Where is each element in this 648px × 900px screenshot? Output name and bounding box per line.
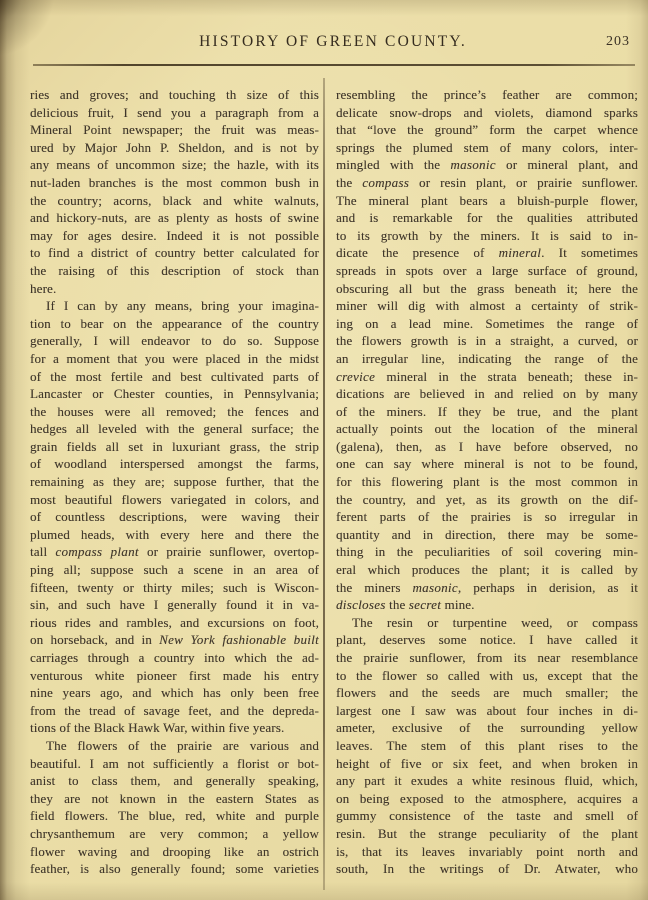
text-line: springs the plumed stem of many colors, …: [336, 139, 638, 157]
text-line: of the miners. If they be true, and the …: [336, 403, 638, 421]
text-line: crevice mineral in the strata beneath; t…: [336, 368, 638, 386]
text-line: miner will dig with almost a certainty o…: [336, 297, 638, 315]
text-line: tall compass plant or prairie sunflower,…: [30, 543, 319, 561]
page-header: HISTORY OF GREEN COUNTY. 203: [32, 33, 634, 55]
text-line: nut-laden branches is the most common bu…: [30, 174, 319, 192]
text-line: feather, is also generally found; some v…: [30, 860, 319, 878]
text-line: of countless descriptions, were waving t…: [30, 508, 319, 526]
text-line: quantity and in direction, there may be …: [336, 526, 638, 544]
text-line: fifteen, twenty or thirty miles; such is…: [30, 579, 319, 597]
text-line: rious rides and rambles, and excursions …: [30, 614, 319, 632]
text-line: ured by Major John P. Sheldon, and is no…: [30, 139, 319, 157]
text-line: the prairie sunflower, from its near res…: [336, 649, 638, 667]
text-line: chrysanthemum are very common; a yellow: [30, 825, 319, 843]
text-line: sin, and such have I generally found it …: [30, 596, 319, 614]
text-line: an irregular line, indicating the range …: [336, 350, 638, 368]
left-column: ries and groves; and touching th size of…: [30, 86, 319, 878]
text-line: generally, I will endeavor to do so. Sup…: [30, 332, 319, 350]
text-line: venturous white pioneer first made his e…: [30, 667, 319, 685]
text-line: any means of uncommon size; the hazle, w…: [30, 156, 319, 174]
text-line: thing in the peculiarities of soil cover…: [336, 543, 638, 561]
text-line: field flowers. The blue, red, white and …: [30, 807, 319, 825]
text-line: grain fields all set in luxuriant grass,…: [30, 438, 319, 456]
text-line: the houses were all removed; the fences …: [30, 403, 319, 421]
book-page: HISTORY OF GREEN COUNTY. 203 ries and gr…: [0, 0, 648, 900]
text-line: and is remarkable for the qualities attr…: [336, 209, 638, 227]
text-line: largest one I saw was about four inches …: [336, 702, 638, 720]
text-line: to find a district of country better cal…: [30, 244, 319, 262]
text-line: the country, and yet, as its growth on t…: [336, 491, 638, 509]
text-line: the compass or resin plant, or prairie s…: [336, 174, 638, 192]
text-line: on being exposed to the atmosphere, acqu…: [336, 790, 638, 808]
text-line: discloses the secret mine.: [336, 596, 638, 614]
text-line: carriages through a country into which t…: [30, 649, 319, 667]
text-line: Mineral Point newspaper; the fruit was m…: [30, 121, 319, 139]
text-line: here.: [30, 280, 319, 298]
text-line: the miners masonic, perhaps in derision,…: [336, 579, 638, 597]
text-line: may for ages desire. Indeed it is not po…: [30, 227, 319, 245]
text-line: and hickory-nuts, are as plenty as hosts…: [30, 209, 319, 227]
text-line: they are not known in the eastern States…: [30, 790, 319, 808]
text-line: for a moment that you were placed in the…: [30, 350, 319, 368]
text-line: leaves. The stem of this plant rises to …: [336, 737, 638, 755]
text-line: height of five or six feet, and when bro…: [336, 755, 638, 773]
text-line: the country; acorns, black and white wal…: [30, 192, 319, 210]
text-line: delicious fruit, I send you a paragraph …: [30, 104, 319, 122]
text-line: dications are believed in and relied on …: [336, 385, 638, 403]
text-line: the raising of this description of stock…: [30, 262, 319, 280]
header-rule: [33, 64, 635, 66]
text-line: delicate snow-drops and violets, diamond…: [336, 104, 638, 122]
text-line: ameter, exclusive of the surrounding yel…: [336, 719, 638, 737]
text-line: gummy consistence of the taste and smell…: [336, 807, 638, 825]
text-line: from the tread of savage feet, and the d…: [30, 702, 319, 720]
text-line: of woodland interspersed amongst the far…: [30, 455, 319, 473]
text-line: tions of the Black Hawk War, within five…: [30, 719, 319, 737]
right-column: resembling the prince’s feather are comm…: [336, 86, 638, 878]
text-line: flower waving and drooping like an ostri…: [30, 843, 319, 861]
text-line: most beautiful flowers variegated in col…: [30, 491, 319, 509]
column-divider-rule: [323, 78, 325, 890]
text-line: south, In the writings of Dr. Atwater, w…: [336, 860, 638, 878]
text-line: obscuring all but the grass beneath it; …: [336, 280, 638, 298]
text-line: of the most fertile and best cultivated …: [30, 368, 319, 386]
page-number: 203: [606, 34, 630, 50]
text-line: ping all; suppose such a scene in an are…: [30, 561, 319, 579]
text-line: ries and groves; and touching th size of…: [30, 86, 319, 104]
text-line: plumed heads, with every here and there …: [30, 526, 319, 544]
text-line: for this flowering plant is the most com…: [336, 473, 638, 491]
text-line: nine years ago, and which has only been …: [30, 684, 319, 702]
text-line: eral which produces the plant; it is cal…: [336, 561, 638, 579]
text-line: that “love the ground” form the carpet w…: [336, 121, 638, 139]
text-line: remaining as they are; suppose further, …: [30, 473, 319, 491]
text-line: The resin or turpentine weed, or compass: [336, 614, 638, 632]
text-line: spreads in spots over a large surface of…: [336, 262, 638, 280]
text-line: dicate the presence of mineral. It somet…: [336, 244, 638, 262]
text-line: tion to bear on the appearance of the co…: [30, 315, 319, 333]
text-line: the flowers growth is in a straight, a c…: [336, 332, 638, 350]
text-line: to the flower so called with us, except …: [336, 667, 638, 685]
text-line: is, that its leaves invariably point nor…: [336, 843, 638, 861]
text-line: mingled with the masonic or mineral plan…: [336, 156, 638, 174]
text-line: The flowers of the prairie are various a…: [30, 737, 319, 755]
text-line: beautiful. I am not sufficiently a flori…: [30, 755, 319, 773]
text-line: resin. But the strange peculiarity of th…: [336, 825, 638, 843]
text-line: actually points out the location of the …: [336, 420, 638, 438]
text-line: ing on a lead mine. Sometimes the range …: [336, 315, 638, 333]
text-line: any part it exudes a white resinous flui…: [336, 772, 638, 790]
text-line: flowers and the seeds are much smaller; …: [336, 684, 638, 702]
text-line: hedges all leveled with the general surf…: [30, 420, 319, 438]
text-line: one can say where mineral is not to be f…: [336, 455, 638, 473]
page-title: HISTORY OF GREEN COUNTY.: [32, 33, 634, 51]
text-line: Lancaster or Chester counties, in Pennsy…: [30, 385, 319, 403]
text-line: anist to class them, and generally speak…: [30, 772, 319, 790]
text-line: to its growth by the miners. It is said …: [336, 227, 638, 245]
text-line: on horseback, and in New York fashionabl…: [30, 631, 319, 649]
text-line: The mineral plant bears a bluish-purple …: [336, 192, 638, 210]
text-line: ferent parts of the prairies is so irreg…: [336, 508, 638, 526]
text-line: If I can by any means, bring your imagin…: [30, 297, 319, 315]
text-line: plant, deserves some notice. I have call…: [336, 631, 638, 649]
text-line: (galena), then, as I have before observe…: [336, 438, 638, 456]
text-line: resembling the prince’s feather are comm…: [336, 86, 638, 104]
